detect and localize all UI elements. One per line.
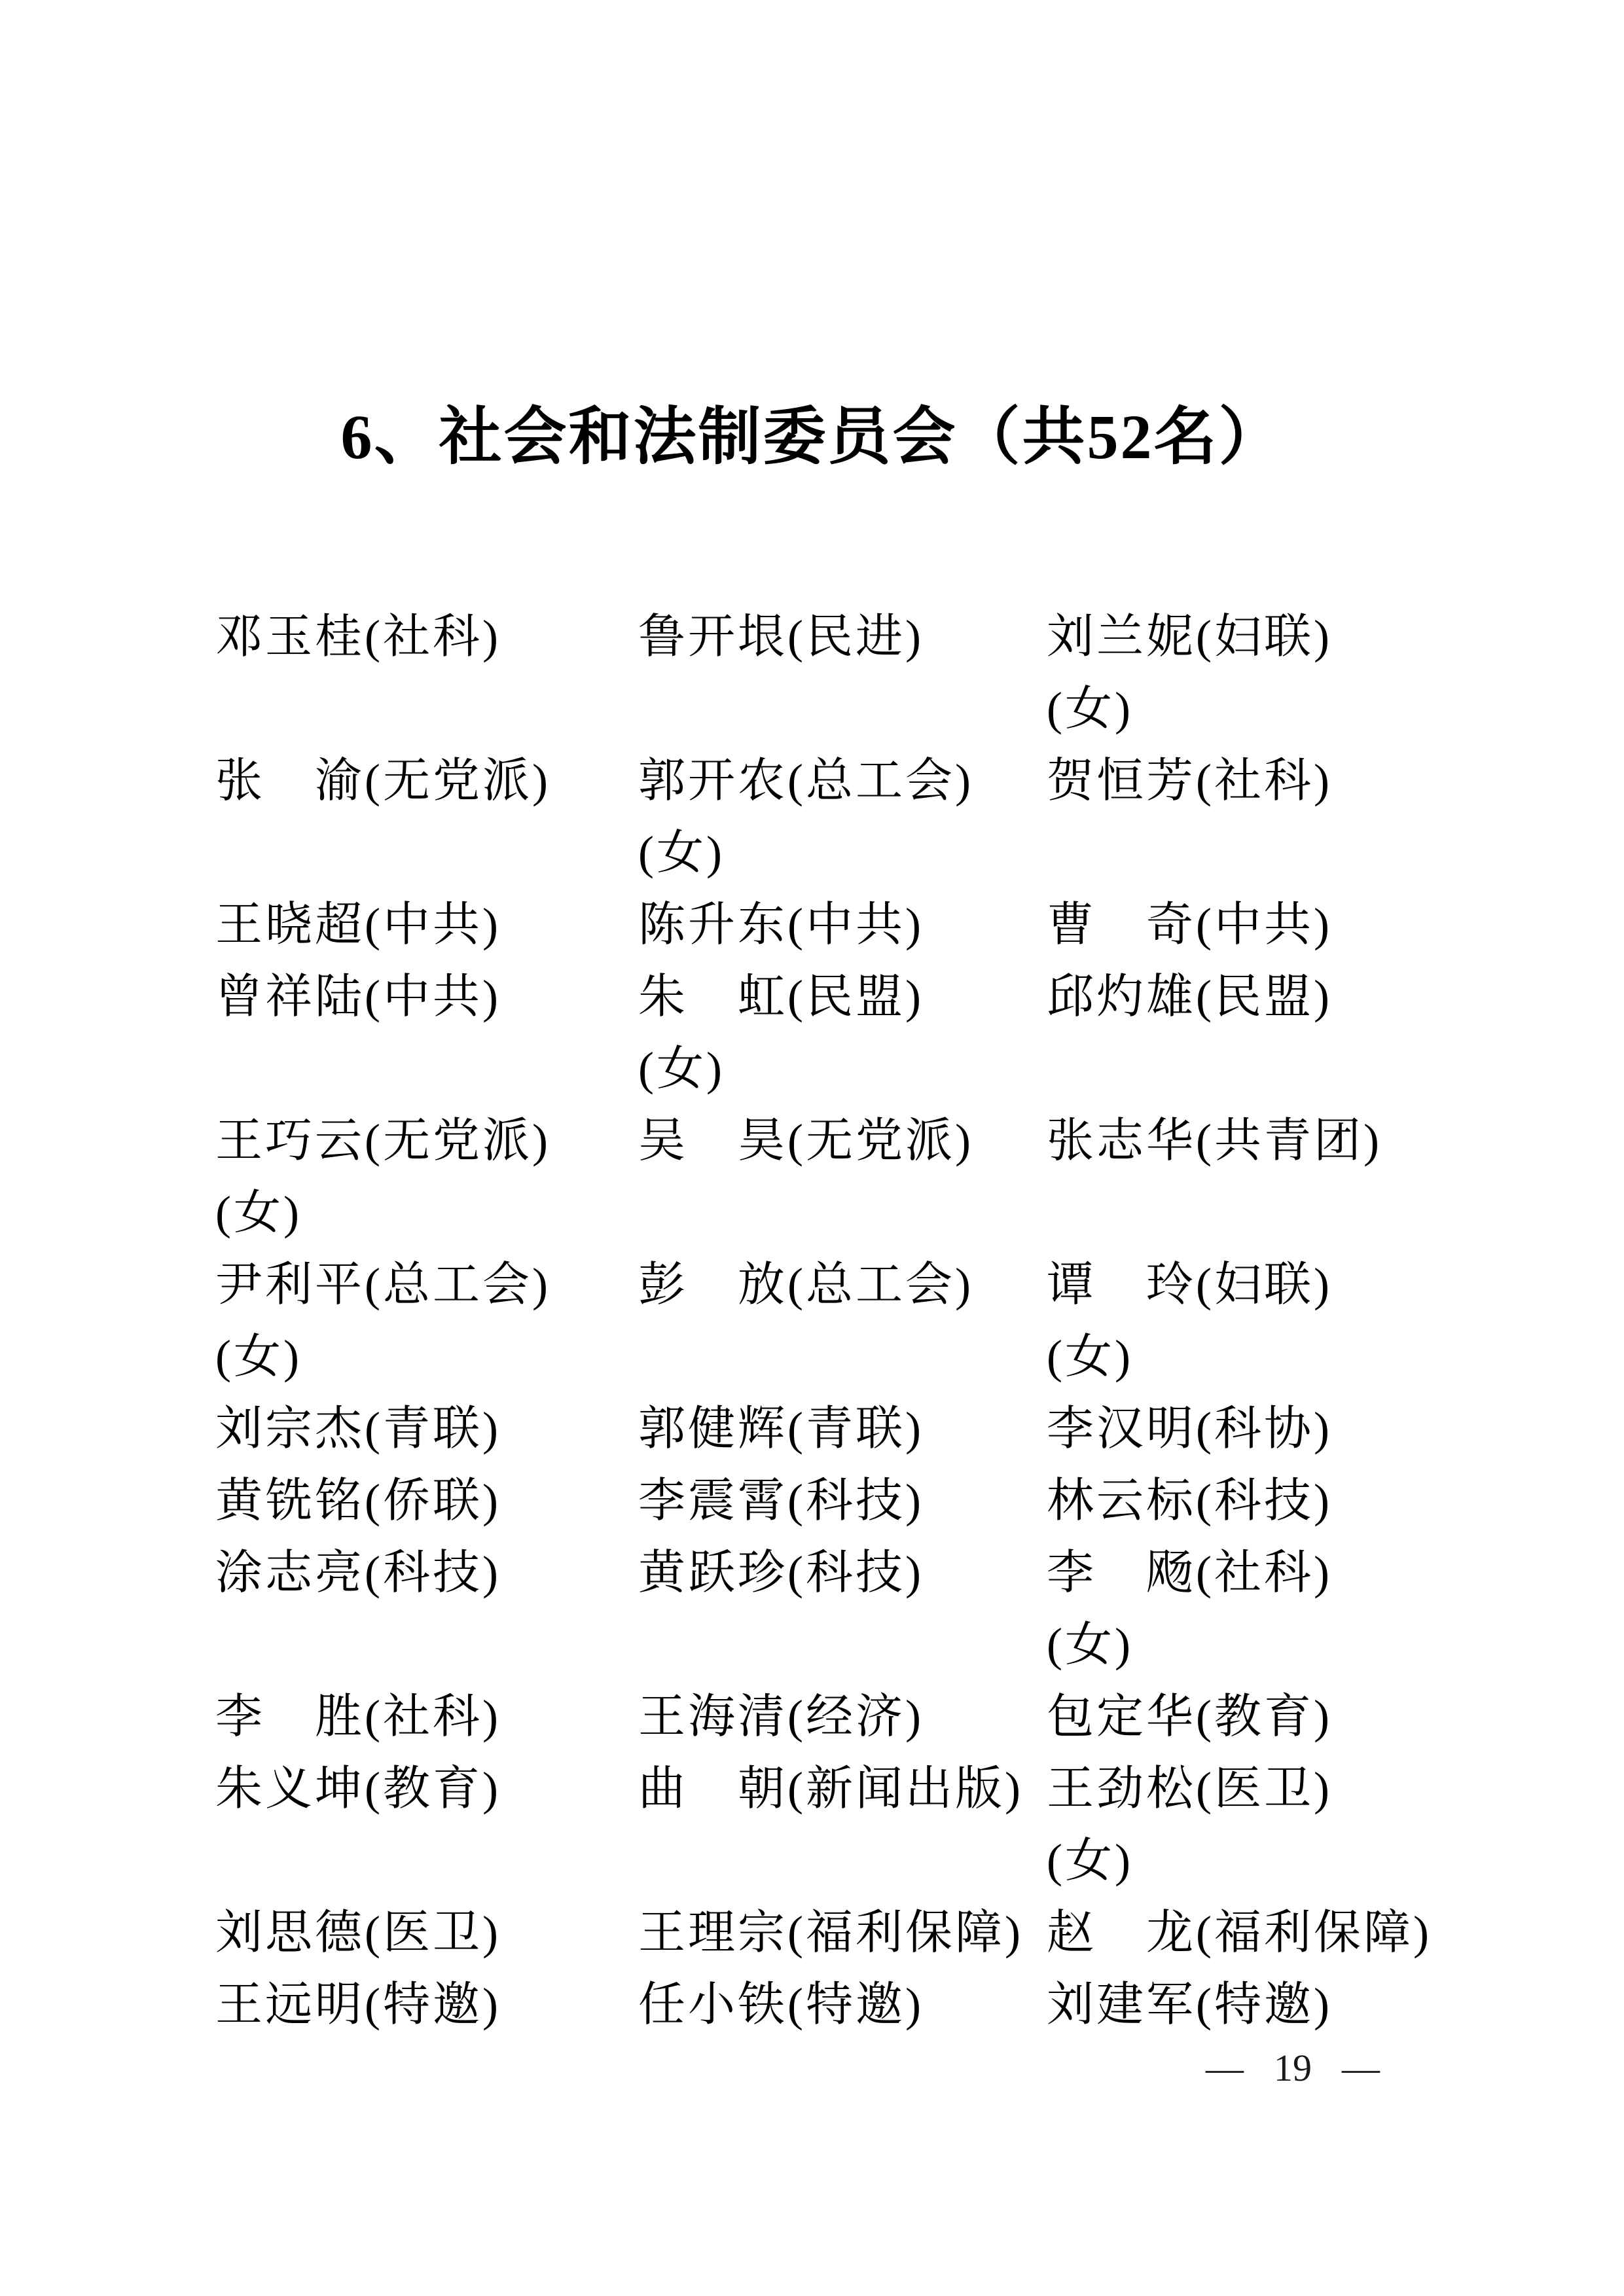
member-name: 邓玉桂(社科) [215, 601, 501, 673]
member-name: 李 胜(社科) [215, 1681, 501, 1753]
member-name: 李汉明(科协) [1047, 1393, 1332, 1465]
member-name: 王理宗(福利保障) [638, 1897, 1023, 1969]
member-row: 李 胜(社科)王海清(经济)包定华(教育) [215, 1681, 1564, 1753]
member-cell: 朱义坤(教育) [215, 1753, 501, 1825]
member-row: 刘宗杰(青联)郭健辉(青联)李汉明(科协) [215, 1393, 1564, 1465]
member-cell: 刘建军(特邀) [1047, 1969, 1332, 2041]
member-name: 曹 奇(中共) [1047, 889, 1332, 961]
page-title: 6、社会和法制委员会（共52名） [0, 391, 1624, 483]
member-list: 邓玉桂(社科)鲁开垠(民进)刘兰妮(妇联)(女)张 渝(无党派)郭开农(总工会)… [215, 601, 1564, 2041]
member-name: 张志华(共青团) [1047, 1105, 1382, 1177]
member-cell: 黄跃珍(科技) [638, 1537, 924, 1609]
member-cell: 谭 玲(妇联)(女) [1047, 1249, 1332, 1393]
page-number: 19 [1274, 2047, 1312, 2089]
member-cell: 王晓超(中共) [215, 889, 501, 961]
member-name: 涂志亮(科技) [215, 1537, 501, 1609]
member-row: 王晓超(中共)陈升东(中共)曹 奇(中共) [215, 889, 1564, 961]
document-page: 6、社会和法制委员会（共52名） 邓玉桂(社科)鲁开垠(民进)刘兰妮(妇联)(女… [0, 0, 1624, 2296]
member-name: 王海清(经济) [638, 1681, 924, 1753]
member-name: 吴 昊(无党派) [638, 1105, 973, 1177]
member-name: 刘宗杰(青联) [215, 1393, 501, 1465]
member-cell: 郭开农(总工会)(女) [638, 745, 973, 889]
member-name: 曲 朝(新闻出版) [638, 1753, 1023, 1825]
member-row: 王远明(特邀)任小铁(特邀)刘建军(特邀) [215, 1969, 1564, 2041]
member-name: 郭健辉(青联) [638, 1393, 924, 1465]
member-name: 刘建军(特邀) [1047, 1969, 1332, 2041]
female-mark: (女) [638, 1033, 924, 1105]
member-cell: 王远明(特邀) [215, 1969, 501, 2041]
member-name: 黄铣铭(侨联) [215, 1465, 501, 1537]
female-mark: (女) [215, 1321, 550, 1393]
member-cell: 陈升东(中共) [638, 889, 924, 961]
member-cell: 林云标(科技) [1047, 1465, 1332, 1537]
member-name: 朱义坤(教育) [215, 1753, 501, 1825]
member-cell: 郭健辉(青联) [638, 1393, 924, 1465]
member-name: 王劲松(医卫) [1047, 1753, 1332, 1825]
member-name: 包定华(教育) [1047, 1681, 1332, 1753]
member-cell: 黄铣铭(侨联) [215, 1465, 501, 1537]
member-cell: 尹利平(总工会)(女) [215, 1249, 550, 1393]
member-cell: 彭 放(总工会) [638, 1249, 973, 1321]
member-row: 邓玉桂(社科)鲁开垠(民进)刘兰妮(妇联)(女) [215, 601, 1564, 745]
member-name: 鲁开垠(民进) [638, 601, 924, 673]
member-cell: 王理宗(福利保障) [638, 1897, 1023, 1969]
member-cell: 鲁开垠(民进) [638, 601, 924, 673]
member-name: 王远明(特邀) [215, 1969, 501, 2041]
member-cell: 吴 昊(无党派) [638, 1105, 973, 1177]
member-name: 刘兰妮(妇联) [1047, 601, 1332, 673]
member-name: 张 渝(无党派) [215, 745, 550, 817]
page-footer: — 19 — [1206, 2047, 1380, 2089]
member-name: 彭 放(总工会) [638, 1249, 973, 1321]
member-cell: 朱 虹(民盟)(女) [638, 961, 924, 1105]
member-name: 王巧云(无党派) [215, 1105, 550, 1177]
member-row: 尹利平(总工会)(女)彭 放(总工会)谭 玲(妇联)(女) [215, 1249, 1564, 1393]
member-name: 邱灼雄(民盟) [1047, 961, 1332, 1033]
member-cell: 李 飏(社科)(女) [1047, 1537, 1332, 1681]
member-row: 朱义坤(教育)曲 朝(新闻出版)王劲松(医卫)(女) [215, 1753, 1564, 1897]
member-cell: 李汉明(科协) [1047, 1393, 1332, 1465]
footer-left-dash: — [1206, 2047, 1244, 2089]
female-mark: (女) [638, 817, 973, 889]
member-row: 涂志亮(科技)黄跃珍(科技)李 飏(社科)(女) [215, 1537, 1564, 1681]
member-name: 陈升东(中共) [638, 889, 924, 961]
member-row: 王巧云(无党派)(女)吴 昊(无党派)张志华(共青团) [215, 1105, 1564, 1249]
member-cell: 曹 奇(中共) [1047, 889, 1332, 961]
member-row: 曾祥陆(中共)朱 虹(民盟)(女)邱灼雄(民盟) [215, 961, 1564, 1105]
member-name: 郭开农(总工会) [638, 745, 973, 817]
member-cell: 王海清(经济) [638, 1681, 924, 1753]
member-cell: 赵 龙(福利保障) [1047, 1897, 1432, 1969]
footer-right-dash: — [1342, 2047, 1380, 2089]
member-cell: 王劲松(医卫)(女) [1047, 1753, 1332, 1897]
member-name: 贺恒芳(社科) [1047, 745, 1332, 817]
member-name: 朱 虹(民盟) [638, 961, 924, 1033]
female-mark: (女) [1047, 1321, 1332, 1393]
member-cell: 李 胜(社科) [215, 1681, 501, 1753]
member-cell: 张志华(共青团) [1047, 1105, 1382, 1177]
member-name: 刘思德(医卫) [215, 1897, 501, 1969]
member-cell: 李震霄(科技) [638, 1465, 924, 1537]
member-cell: 邱灼雄(民盟) [1047, 961, 1332, 1033]
member-cell: 涂志亮(科技) [215, 1537, 501, 1609]
female-mark: (女) [1047, 1825, 1332, 1897]
member-name: 赵 龙(福利保障) [1047, 1897, 1432, 1969]
member-name: 李 飏(社科) [1047, 1537, 1332, 1609]
member-name: 黄跃珍(科技) [638, 1537, 924, 1609]
member-name: 林云标(科技) [1047, 1465, 1332, 1537]
member-cell: 曾祥陆(中共) [215, 961, 501, 1033]
member-cell: 曲 朝(新闻出版) [638, 1753, 1023, 1825]
member-cell: 贺恒芳(社科) [1047, 745, 1332, 817]
member-name: 王晓超(中共) [215, 889, 501, 961]
member-name: 李震霄(科技) [638, 1465, 924, 1537]
member-row: 刘思德(医卫)王理宗(福利保障)赵 龙(福利保障) [215, 1897, 1564, 1969]
member-cell: 刘思德(医卫) [215, 1897, 501, 1969]
member-cell: 刘宗杰(青联) [215, 1393, 501, 1465]
female-mark: (女) [1047, 673, 1332, 745]
member-cell: 邓玉桂(社科) [215, 601, 501, 673]
female-mark: (女) [1047, 1609, 1332, 1681]
member-cell: 任小铁(特邀) [638, 1969, 924, 2041]
member-row: 张 渝(无党派)郭开农(总工会)(女)贺恒芳(社科) [215, 745, 1564, 889]
female-mark: (女) [215, 1177, 550, 1249]
member-row: 黄铣铭(侨联)李震霄(科技)林云标(科技) [215, 1465, 1564, 1537]
member-cell: 张 渝(无党派) [215, 745, 550, 817]
member-name: 任小铁(特邀) [638, 1969, 924, 2041]
member-cell: 包定华(教育) [1047, 1681, 1332, 1753]
member-name: 曾祥陆(中共) [215, 961, 501, 1033]
member-cell: 刘兰妮(妇联)(女) [1047, 601, 1332, 745]
member-cell: 王巧云(无党派)(女) [215, 1105, 550, 1249]
member-name: 尹利平(总工会) [215, 1249, 550, 1321]
member-name: 谭 玲(妇联) [1047, 1249, 1332, 1321]
